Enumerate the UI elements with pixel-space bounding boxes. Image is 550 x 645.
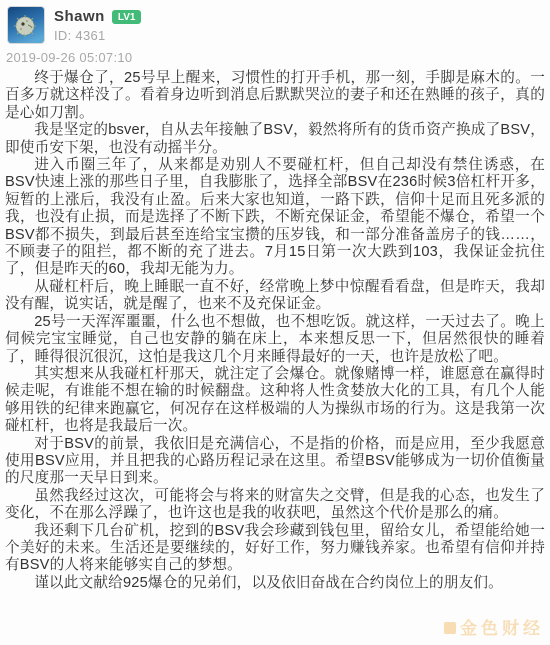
username[interactable]: Shawn [54,8,105,25]
site-watermark: 金色财经 [444,614,544,639]
post-paragraph: 谨以此文献给925爆仓的兄弟们，以及依旧奋战在合约岗位上的朋友们。 [5,575,545,592]
post-paragraph: 进入币圈三年了，从来都是劝别人不要碰杠杆，但自己却没有禁住诱惑，在BSV快速上涨… [5,157,545,279]
post-paragraph: 终于爆仓了，25号早上醒来，习惯性的打开手机，那一刻，手脚是麻木的。一百多万就这… [5,70,545,122]
pufferfish-avatar-image [8,7,45,44]
post-body: 终于爆仓了，25号早上醒来，习惯性的打开手机，那一刻，手脚是麻木的。一百多万就这… [0,65,550,592]
post-paragraph: 从碰杠杆后，晚上睡眠一直不好，经常晚上梦中惊醒看看盘，但是昨天，我却没有醒，说实… [5,279,545,314]
user-avatar[interactable] [7,6,45,44]
post-paragraph: 我是坚定的bsver，自从去年接触了BSV，毅然将所有的货币资产换成了BSV，即… [5,122,545,157]
post-paragraph: 其实想来从我碰杠杆那天，就注定了会爆仓。就像赌博一样，谁愿意在赢得时候走呢，有谁… [5,366,545,436]
forum-post-page: Shawn LV1 ID: 4361 2019-09-26 05:07:10 终… [0,0,550,645]
post-paragraph: 我还剩下几台矿机，挖到的BSV我会珍藏到钱包里，留给女儿，希望能给她一个美好的未… [5,523,545,575]
user-info: Shawn LV1 ID: 4361 [54,6,141,43]
post-paragraph: 虽然我经过这次，可能将会与将来的财富失之交臂，但是我的心态，也发生了变化，不在那… [5,488,545,523]
post-paragraph: 对于BSV的前景，我依旧是充满信心，不是指的价格，而是应用，至少我愿意使用BSV… [5,436,545,488]
user-id: ID: 4361 [54,28,141,43]
post-header: Shawn LV1 ID: 4361 [0,0,550,44]
post-timestamp: 2019-09-26 05:07:10 [0,44,550,65]
level-badge: LV1 [112,10,142,24]
post-paragraph: 25号一天浑浑噩噩，什么也不想做，也不想吃饭。就这样，一天过去了。晚上伺候完宝宝… [5,314,545,366]
